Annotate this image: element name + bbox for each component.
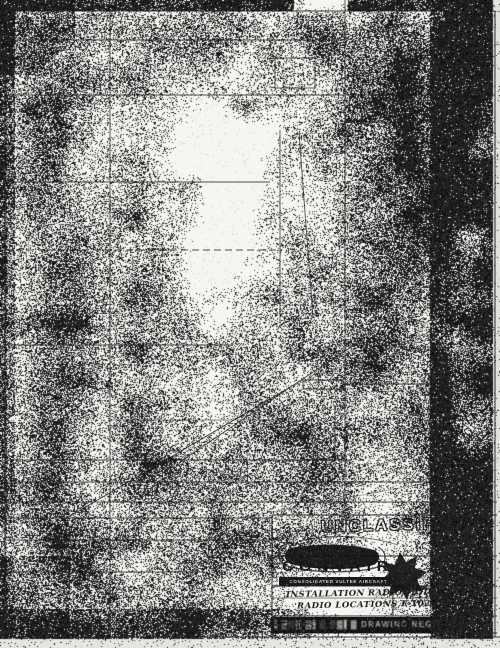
scanned-drawing-page: UNCLASSIFIED CONVAIR CONSOLIDATED VULTEE… xyxy=(0,0,500,648)
company-logo-text: CONVAIR xyxy=(282,558,394,575)
leader-lines xyxy=(60,332,430,522)
sheet-border xyxy=(0,11,500,637)
negative-number-bar: ▌▓▒▓ ▓▌▒ ▒▓▌▓ DRAWING NEG-1 ▓▒ xyxy=(271,617,463,633)
detail-boxes xyxy=(25,58,315,88)
drawing-lines xyxy=(0,0,497,637)
negative-number-text: ▌▓▒▓ ▓▌▒ ▒▓▌▓ DRAWING NEG-1 ▓▒ xyxy=(271,617,463,633)
classification-stamp: UNCLASSIFIED xyxy=(321,515,470,537)
company-banner: CONSOLIDATED VULTEE AIRCRAFT CORPORATION xyxy=(279,577,398,586)
company-subline-text: CONSOLIDATED VULTEE AIRCRAFT CORPORATION xyxy=(279,577,398,586)
drawing-linework xyxy=(0,0,500,648)
